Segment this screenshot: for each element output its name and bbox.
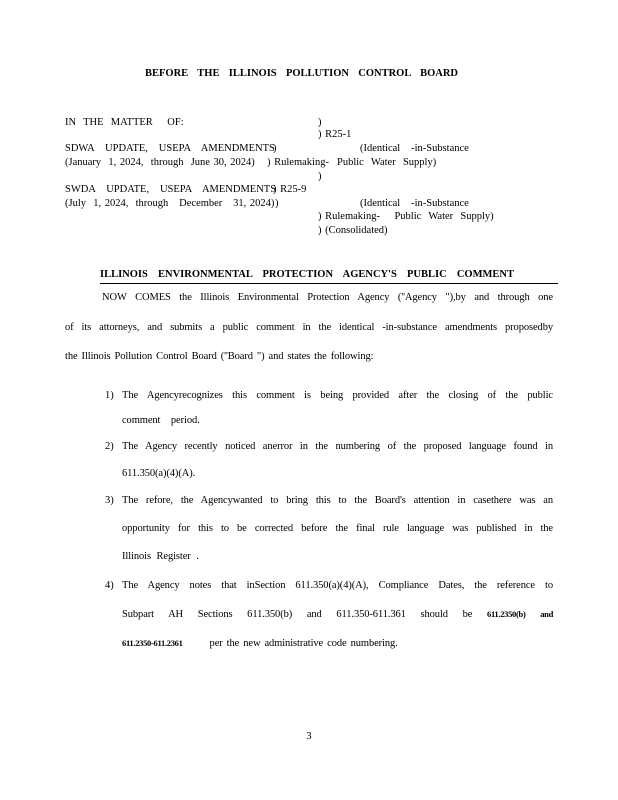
caption-segment: (July 1, 2024, through December 31, 2024… xyxy=(65,198,274,209)
section-reference-bold: 611.2350(b) xyxy=(487,609,526,619)
list-item-text: Subpart AH Sections 611.350(b) and 611.3… xyxy=(122,609,472,620)
caption-segment: ) (Consolidated) xyxy=(318,225,388,236)
court-caption-header: BEFORE THE ILLINOIS POLLUTION CONTROL BO… xyxy=(145,67,458,80)
caption-docket-r25-9: ) R25-9 xyxy=(273,184,306,195)
list-item-number: 3) xyxy=(105,494,114,507)
paragraph-line: NOW COMES the Illinois Environmental Pro… xyxy=(65,291,553,304)
list-item-number: 1) xyxy=(105,389,114,402)
caption-docket-r25-1: ) R25-1 xyxy=(318,129,351,140)
caption-segment: Public Water Supply) xyxy=(337,157,436,168)
caption-divider-paren: ) xyxy=(275,198,279,209)
caption-segment: ) Rulemaking- Public Water Supply) xyxy=(318,211,494,222)
list-item-line: The refore, the Agencywanted to bring th… xyxy=(122,494,553,507)
document-page: BEFORE THE ILLINOIS POLLUTION CONTROL BO… xyxy=(0,0,618,800)
caption-segment: SWDA UPDATE, USEPA AMENDMENTS xyxy=(65,184,276,195)
list-item-line: comment period. xyxy=(122,414,553,427)
list-item-line: Illinois Register . xyxy=(122,550,553,563)
list-item-number: 2) xyxy=(105,440,114,453)
caption-divider-paren: ) xyxy=(273,143,277,154)
paragraph-line: the Illinois Pollution Control Board (''… xyxy=(65,350,553,363)
caption-segment: (Identical -in-Substance xyxy=(360,143,469,154)
caption-segment: ) Rulemaking- xyxy=(267,157,329,168)
list-item-line: Subpart AH Sections 611.350(b) and 611.3… xyxy=(122,608,553,621)
section-reference-bold: and xyxy=(540,609,553,619)
caption-segment: (Identical -in-Substance xyxy=(360,198,469,209)
list-item-line: 611.350(a)(4)(A). xyxy=(122,467,553,480)
list-item-line: The Agency recently noticed anerror in t… xyxy=(122,440,553,453)
list-item-number: 4) xyxy=(105,579,114,592)
caption-segment: (January 1, 2024, through June 30, 2024) xyxy=(65,157,255,168)
list-item-line: 611.2350-611.2361per the new administrat… xyxy=(122,637,553,650)
caption-divider-paren: ) xyxy=(318,171,322,182)
list-item-text: per the new administrative code numberin… xyxy=(210,638,398,649)
list-item-line: opportunity for this to be corrected bef… xyxy=(122,522,553,535)
paragraph-line: of its attorneys, and submits a public c… xyxy=(65,321,553,334)
page-number: 3 xyxy=(0,731,618,742)
caption-divider-paren: ) xyxy=(318,117,322,128)
caption-segment: IN THE MATTER OF: xyxy=(65,117,184,128)
list-item-line: The Agency notes that inSection 611.350(… xyxy=(122,579,553,592)
list-item-line: The Agencyrecognizes this comment is bei… xyxy=(122,389,553,402)
section-reference-bold: 611.2350-611.2361 xyxy=(122,638,183,648)
document-title: ILLINOIS ENVIRONMENTAL PROTECTION AGENCY… xyxy=(100,269,558,284)
caption-segment: SDWA UPDATE, USEPA AMENDMENTS xyxy=(65,143,275,154)
